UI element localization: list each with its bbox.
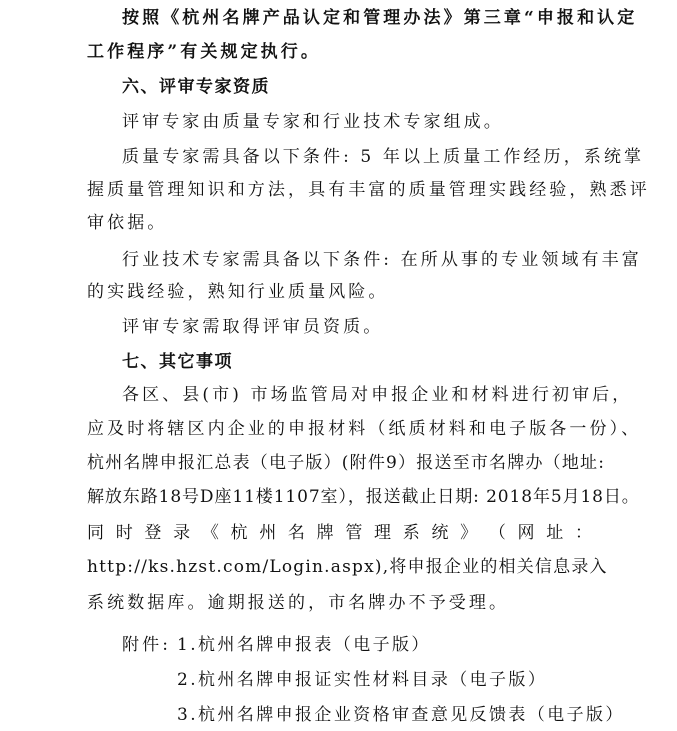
char: 管 (345, 522, 362, 544)
char: 牌 (317, 522, 334, 544)
section-7-heading: 七、其它事项 (122, 351, 597, 373)
section-7-paragraph-line-6-url: http://ks.hzst.com/Login.aspx),将申报企业的相关信… (87, 556, 597, 578)
attachments-label: 附件: (122, 634, 182, 656)
section-7-paragraph-line-3: 杭州名牌申报汇总表（电子版）(附件9）报送至市名牌办（地址: (87, 452, 597, 474)
procedure-paragraph-line-1: 按照《杭州名牌产品认定和管理办法》第三章“申报和认定 (122, 7, 597, 29)
char: 系 (403, 522, 420, 544)
char: 理 (374, 522, 391, 544)
char: 州 (259, 522, 276, 544)
section-6-paragraph-2-line-1: 质量专家需具备以下条件: 5 年以上质量工作经历，系统掌 (122, 146, 597, 168)
char: 名 (288, 522, 305, 544)
document-page: 按照《杭州名牌产品认定和管理办法》第三章“申报和认定 工作程序”有关规定执行。 … (0, 0, 677, 731)
char: ： (575, 522, 592, 544)
char: 杭 (231, 522, 248, 544)
char: 《 (202, 522, 219, 544)
char: 登 (144, 522, 161, 544)
section-6-paragraph-3-line-2: 的实践经验，熟知行业质量风险。 (87, 281, 597, 303)
section-7-paragraph-line-2: 应及时将辖区内企业的申报材料（纸质材料和电子版各一份）、 (87, 418, 597, 440)
attachment-item-3: 3.杭州名牌申报企业资格审查意见反馈表（电子版） (177, 704, 607, 726)
section-7-paragraph-line-4: 解放东路18号D座11楼1107室），报送截止日期: 2018年5月18日。 (87, 486, 597, 508)
char: 网 (518, 522, 535, 544)
char: 统 (431, 522, 448, 544)
section-6-paragraph-2-line-2: 握质量管理知识和方法，具有丰富的质量管理实践经验，熟悉评 (87, 179, 597, 201)
section-6-paragraph-4: 评审专家需取得评审员资质。 (122, 316, 597, 338)
section-6-paragraph-2-line-3: 审依据。 (87, 212, 597, 234)
attachment-item-1: 1.杭州名牌申报表（电子版） (177, 634, 597, 656)
char: （ (489, 522, 506, 544)
section-7-paragraph-line-7: 系统数据库。逾期报送的，市名牌办不予受理。 (87, 592, 597, 614)
section-6-heading: 六、评审专家资质 (122, 76, 597, 98)
char: 同 (87, 522, 104, 544)
char: 》 (460, 522, 477, 544)
char: 时 (116, 522, 133, 544)
section-6-paragraph-3-line-1: 行业技术专家需具备以下条件: 在所从事的专业领域有丰富 (122, 249, 597, 271)
procedure-paragraph-line-2: 工作程序”有关规定执行。 (87, 41, 597, 63)
section-7-paragraph-line-5: 同 时 登 录 《 杭 州 名 牌 管 理 系 统 》 （ 网 址 ： (87, 522, 592, 544)
char: 录 (173, 522, 190, 544)
char: 址 (546, 522, 563, 544)
section-6-paragraph-1: 评审专家由质量专家和行业技术专家组成。 (122, 111, 597, 133)
section-7-paragraph-line-1: 各区、县(市) 市场监管局对申报企业和材料进行初审后， (122, 384, 597, 406)
attachment-item-2: 2.杭州名牌申报证实性材料目录（电子版） (177, 669, 597, 691)
